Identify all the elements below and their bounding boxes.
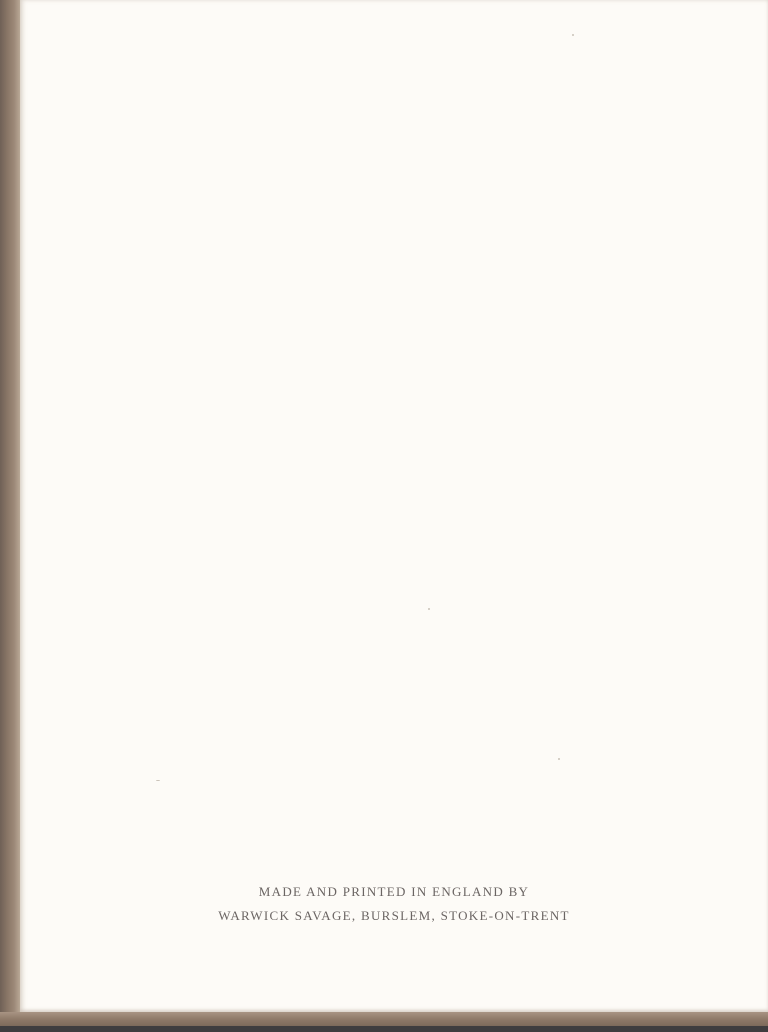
book-board-bottom-edge bbox=[0, 1012, 768, 1026]
paper-speck bbox=[558, 758, 560, 760]
paper-speck bbox=[572, 34, 574, 36]
imprint-line-2: WARWICK SAVAGE, BURSLEM, STOKE-ON-TRENT bbox=[20, 904, 768, 928]
background-shadow bbox=[0, 1026, 768, 1032]
printer-imprint: MADE AND PRINTED IN ENGLAND BY WARWICK S… bbox=[20, 880, 768, 928]
paper-speck bbox=[428, 608, 430, 610]
paper-speck bbox=[156, 780, 160, 781]
imprint-line-1: MADE AND PRINTED IN ENGLAND BY bbox=[20, 880, 768, 904]
book-board-left-edge bbox=[0, 0, 20, 1032]
book-page: MADE AND PRINTED IN ENGLAND BY WARWICK S… bbox=[20, 0, 768, 1012]
